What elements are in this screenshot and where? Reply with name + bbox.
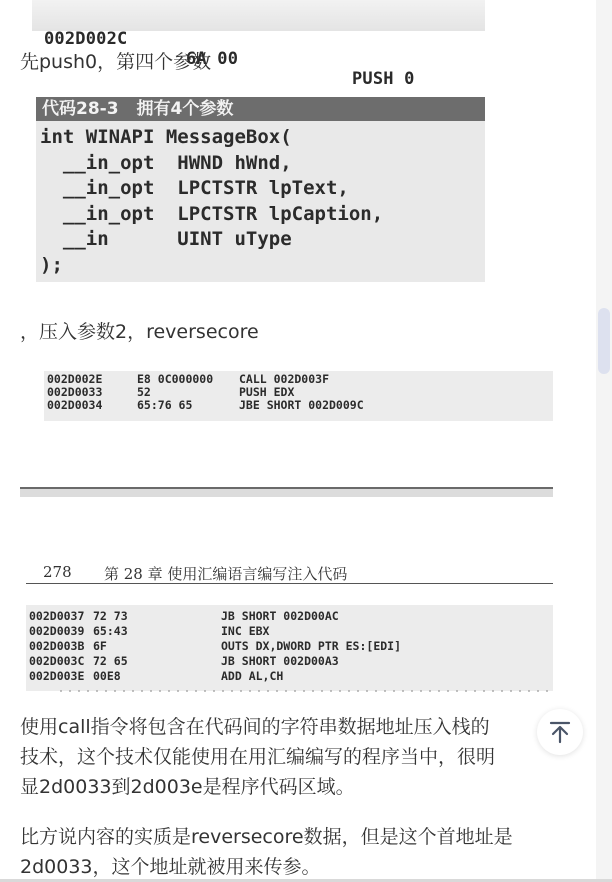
vertical-scrollbar[interactable] bbox=[596, 0, 612, 882]
instruction: JBE SHORT 002D009C bbox=[239, 399, 364, 412]
back-to-top-button[interactable] bbox=[537, 709, 583, 755]
disasm-row: 002D003B6FOUTS DX,DWORD PTR ES:[EDI] bbox=[29, 639, 553, 654]
address: 002D003E bbox=[29, 669, 84, 684]
paragraph-push-param2: ，压入参数2，reversecore bbox=[20, 317, 259, 347]
opcode: 65:43 bbox=[93, 624, 128, 639]
address: 002D002C bbox=[44, 29, 127, 49]
disasm-row: 002D003772 73JB SHORT 002D00AC bbox=[29, 609, 553, 624]
disasm-row: 002D003E00E8ADD AL,CH bbox=[29, 669, 553, 684]
page-number: 278 bbox=[43, 563, 72, 581]
chapter-title: 第 28 章 使用汇编语言编写注入代码 bbox=[104, 563, 347, 584]
line: 技术，这个技术仅能使用在用汇编编写的程序当中，很明 bbox=[20, 742, 495, 772]
disasm-row: 002D003465:76 65JBE SHORT 002D009C bbox=[47, 399, 553, 412]
opcode: 6F bbox=[93, 639, 107, 654]
address: 002D003B bbox=[29, 639, 84, 654]
opcode: 00E8 bbox=[93, 669, 121, 684]
scrollbar-thumb[interactable] bbox=[598, 308, 610, 374]
instruction: PUSH 0 bbox=[352, 69, 415, 89]
disasm-image-push0: 002D002C 6A 00 PUSH 0 bbox=[32, 0, 485, 31]
line: 2d0033，这个地址就被用来传参。 bbox=[20, 852, 513, 882]
address: 002D0034 bbox=[47, 399, 102, 412]
address: 002D0037 bbox=[29, 609, 84, 624]
listing-title: 拥有4个参数 bbox=[137, 99, 234, 119]
disasm-row: 002D002EE8 0C000000CALL 002D003F bbox=[47, 373, 553, 386]
address: 002D0039 bbox=[29, 624, 84, 639]
cut-off-text bbox=[60, 690, 550, 692]
instruction: OUTS DX,DWORD PTR ES:[EDI] bbox=[221, 639, 401, 654]
code-listing-image: 代码28-3拥有4个参数 int WINAPI MessageBox( __in… bbox=[36, 97, 485, 282]
opcode: 72 65 bbox=[93, 654, 128, 669]
line: 显2d0033到2d003e是程序代码区域。 bbox=[20, 772, 495, 802]
disasm-row: 002D003C72 65JB SHORT 002D00A3 bbox=[29, 654, 553, 669]
paragraph-call-technique: 使用call指令将包含在代码间的字符串数据地址压入栈的 技术，这个技术仅能使用在… bbox=[20, 712, 495, 802]
article-content: 002D002C 6A 00 PUSH 0 先push0，第四个参数 代码28-… bbox=[0, 0, 596, 882]
page-divider bbox=[20, 487, 553, 497]
instruction: INC EBX bbox=[221, 624, 269, 639]
paragraph-reversecore-address: 比方说内容的实质是reversecore数据，但是这个首地址是 2d0033，这… bbox=[20, 822, 513, 882]
listing-caption: 代码28-3拥有4个参数 bbox=[36, 97, 485, 121]
instruction: JB SHORT 002D00A3 bbox=[221, 654, 339, 669]
disasm-image-call: 002D002EE8 0C000000CALL 002D003F002D0033… bbox=[44, 371, 553, 421]
disasm-image-string: 002D003772 73JB SHORT 002D00AC002D003965… bbox=[26, 605, 553, 691]
opcode: 65:76 65 bbox=[137, 399, 192, 412]
disasm-row: 002D003965:43INC EBX bbox=[29, 624, 553, 639]
line: 比方说内容的实质是reversecore数据，但是这个首地址是 bbox=[20, 822, 513, 852]
paragraph-push0: 先push0，第四个参数 bbox=[20, 47, 211, 77]
instruction: JB SHORT 002D00AC bbox=[221, 609, 339, 624]
listing-id: 代码28-3 bbox=[42, 99, 119, 119]
arrow-up-to-line-icon bbox=[548, 720, 572, 744]
address: 002D003C bbox=[29, 654, 84, 669]
book-page-header: 278 第 28 章 使用汇编语言编写注入代码 bbox=[26, 563, 553, 584]
listing-code: int WINAPI MessageBox( __in_opt HWND hWn… bbox=[36, 121, 485, 278]
opcode: 72 73 bbox=[93, 609, 128, 624]
line: 使用call指令将包含在代码间的字符串数据地址压入栈的 bbox=[20, 712, 495, 742]
instruction: ADD AL,CH bbox=[221, 669, 283, 684]
